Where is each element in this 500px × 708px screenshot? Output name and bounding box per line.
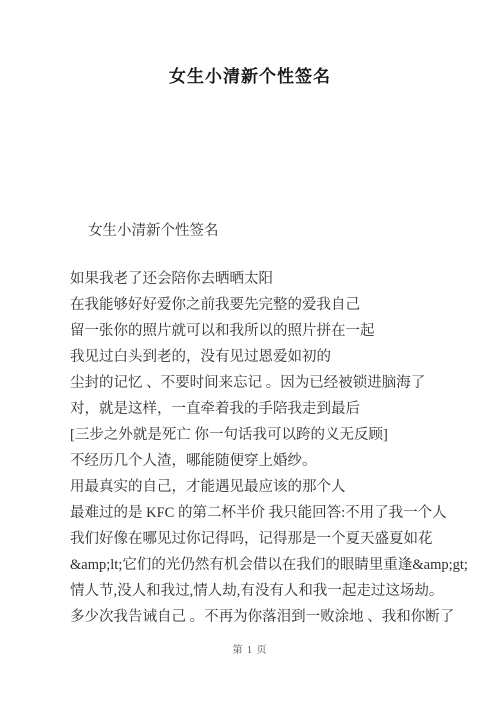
body-line: 不经历几个人渣，哪能随便穿上婚纱。 bbox=[70, 448, 500, 474]
body-line: 用最真实的自己，才能遇见最应该的那个人 bbox=[70, 474, 500, 500]
body-line: [三步之外就是死亡 你一句话我可以跨的义无反顾] bbox=[70, 422, 500, 448]
body-line: &amp;lt;它们的光仍然有机会借以在我们的眼睛里重逢&amp;gt; bbox=[70, 552, 500, 578]
page-footer: 第 1 页 bbox=[0, 644, 500, 658]
page-number: 第 1 页 bbox=[233, 645, 268, 656]
body-line: 如果我老了还会陪你去晒晒太阳 bbox=[70, 266, 500, 292]
body-line: 多少次我告诫自己 。不再为你落泪到一败涂地 、我和你断了 bbox=[70, 604, 500, 630]
body-line: 在我能够好好爱你之前我要先完整的爱我自己 bbox=[70, 292, 500, 318]
document-subtitle: 女生小清新个性签名 bbox=[88, 218, 500, 244]
body-line: 我见过白头到老的，没有见过恩爱如初的 bbox=[70, 344, 500, 370]
body-line: 最难过的是 KFC 的第二杯半价 我只能回答:不用了我一个人 bbox=[70, 500, 500, 526]
body-line: 留一张你的照片就可以和我所以的照片拼在一起 bbox=[70, 318, 500, 344]
body-line: 尘封的记忆 、不要时间来忘记 。因为已经被锁进脑海了 bbox=[70, 370, 500, 396]
document-body: 如果我老了还会陪你去晒晒太阳 在我能够好好爱你之前我要先完整的爱我自己 留一张你… bbox=[70, 266, 500, 630]
body-line: 情人节,没人和我过,情人劫,有没有人和我一起走过这场劫。 bbox=[70, 578, 500, 604]
document-title: 女生小清新个性签名 bbox=[0, 0, 500, 88]
document-page: 女生小清新个性签名 女生小清新个性签名 如果我老了还会陪你去晒晒太阳 在我能够好… bbox=[0, 0, 500, 708]
body-line: 我们好像在哪见过你记得吗，记得那是一个夏天盛夏如花 bbox=[70, 526, 500, 552]
body-line: 对，就是这样，一直牵着我的手陪我走到最后 bbox=[70, 396, 500, 422]
